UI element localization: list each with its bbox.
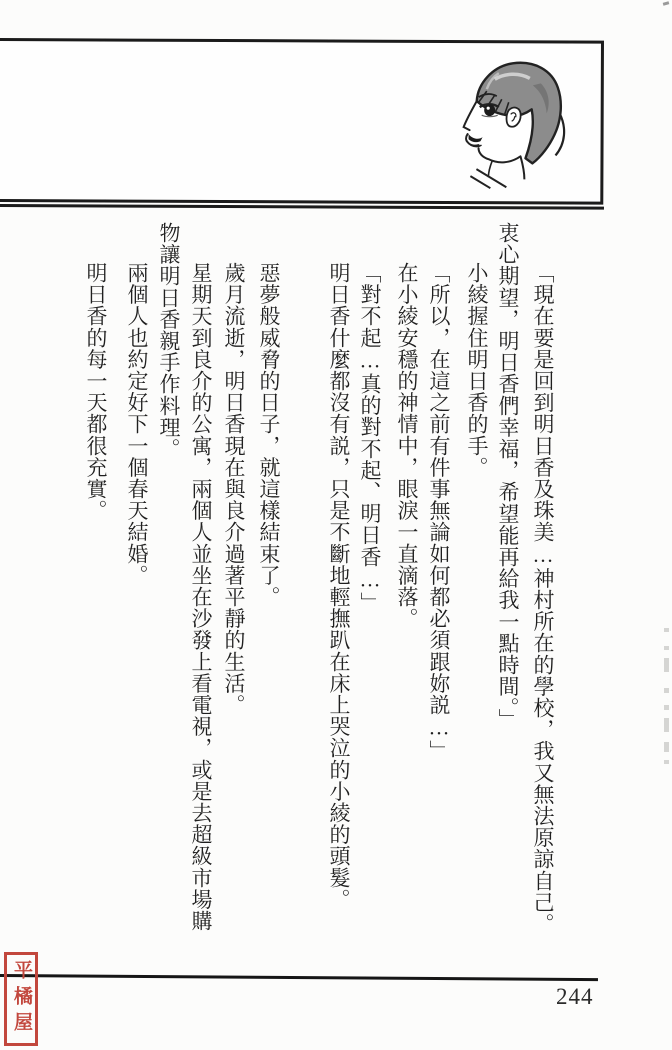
text-column: 惡夢般威脅的日子，就這樣結束了。 [257, 262, 281, 608]
text-column: 小綾握住明日香的手。 [465, 262, 489, 478]
text-column: 歲月流逝，明日香現在與良介過著平靜的生活。 [222, 262, 246, 716]
publisher-seal: 平橘屋 [4, 952, 38, 1046]
text-column: 物讓明日香親手作料理。 [157, 222, 181, 460]
book-page: 「現在要是回到明日香及珠美…神村所在的學校，我又無法原諒自己。 衷心期望，明日香… [0, 0, 672, 1050]
text-column: 明日香什麼都沒有説，只是不斷地輕撫趴在床上哭泣的小綾的頭髮。 [327, 262, 351, 910]
header-panel-underline [0, 204, 604, 210]
header-illustration-panel [0, 38, 604, 205]
page-number: 244 [556, 984, 594, 1010]
text-column: 衷心期望，明日香們幸福，希望能再給我一點時間。」 [496, 222, 520, 730]
publisher-seal-text: 平橘屋 [10, 960, 32, 1038]
text-column: 「對不起…真的對不起、明日香…」 [358, 262, 382, 614]
text-column: 在小綾安穩的神情中，眼淚一直滴落。 [395, 262, 419, 629]
footer-rule [0, 974, 598, 981]
text-column: 兩個人也約定好下一個春天結婚。 [125, 262, 149, 586]
text-column: 「現在要是回到明日香及珠美…神村所在的學校，我又無法原諒自己。 [531, 262, 555, 935]
page-bleedthrough-marks [662, 628, 670, 764]
text-column: 星期天到良介的公寓，兩個人並坐在沙發上看電視，或是去超級市場購 [189, 262, 213, 932]
scan-speck [663, 1, 670, 5]
character-portrait-illustration [448, 55, 571, 192]
text-column: 明日香的每一天都很充實。 [84, 262, 108, 521]
text-column: 「所以，在這之前有件事無論如何都必須跟妳説…」 [427, 262, 451, 762]
